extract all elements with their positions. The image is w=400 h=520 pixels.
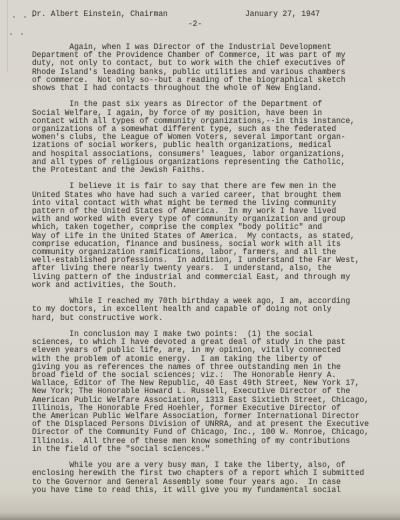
paper-bottom-shadow xyxy=(0,512,400,520)
paper-speck xyxy=(24,16,26,18)
page-number: -2- xyxy=(0,21,390,30)
paragraph: I believe it is fair to say that there a… xyxy=(32,183,380,290)
paper-speck xyxy=(13,16,15,18)
header-recipient: Dr. Albert Einstein, Chairman xyxy=(32,11,168,20)
paragraph: While I reached my 70th birthday a week … xyxy=(32,298,380,323)
paper-speck xyxy=(21,33,23,35)
paragraph: In the past six years as Director of the… xyxy=(32,101,380,175)
paragraph: In conclusion may I make two points: (1)… xyxy=(32,331,380,454)
letter-body: Again, when I was Director of the Indust… xyxy=(32,44,380,503)
paragraph: Again, when I was Director of the Indust… xyxy=(32,44,380,93)
letter-header: Dr. Albert Einstein, Chairman January 27… xyxy=(32,11,320,20)
paper-crease xyxy=(7,0,8,72)
paragraph: While you are a very busy man, I take th… xyxy=(32,462,380,495)
header-date: January 27, 1947 xyxy=(245,11,320,20)
letter-page: Dr. Albert Einstein, Chairman January 27… xyxy=(0,0,400,520)
paper-speck xyxy=(10,33,12,35)
